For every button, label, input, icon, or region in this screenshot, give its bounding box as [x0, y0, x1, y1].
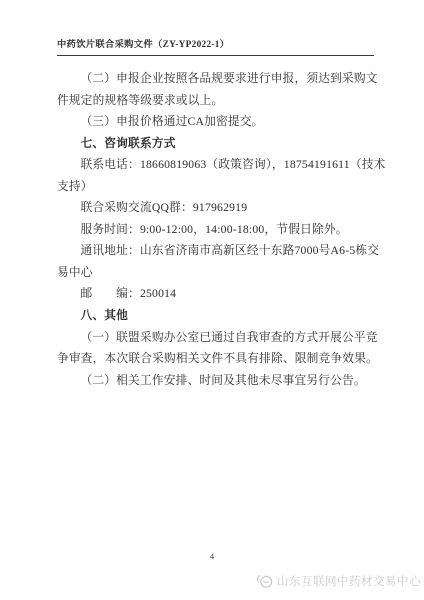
paragraph-line: （一）联盟采购办公室已通过自我审查的方式开展公平竞 [57, 327, 377, 349]
paragraph-line: 服务时间：9:00-12:00，14:00-18:00，节假日除外。 [57, 219, 377, 241]
paragraph-line: 支持） [57, 176, 377, 198]
paragraph-line: 件规定的规格等级要求或以上。 [57, 90, 377, 112]
paragraph-line: （三）申报价格通过CA加密提交。 [57, 111, 377, 133]
document-page: 中药饮片联合采购文件（ZY-YP2022-1） （二）申报企业按照各品规要求进行… [0, 0, 424, 600]
paragraph-line: （二）申报企业按照各品规要求进行申报，须达到采购文 [57, 68, 377, 90]
paragraph-line: （二）相关工作安排、时间及其他未尽事宜另行公告。 [57, 370, 377, 392]
page-number: 4 [0, 551, 424, 561]
paragraph-line: 联合采购交流QQ群：917962919 [57, 197, 377, 219]
watermark: 山东互联网中药材交易中心 [256, 573, 421, 589]
document-body: （二）申报企业按照各品规要求进行申报，须达到采购文 件规定的规格等级要求或以上。… [57, 68, 377, 391]
watermark-text: 山东互联网中药材交易中心 [277, 573, 421, 589]
paragraph-line: 易中心 [57, 262, 377, 284]
paragraph-line: 通讯地址：山东省济南市高新区经十东路7000号A6-5栋交 [57, 240, 377, 262]
document-header-title: 中药饮片联合采购文件（ZY-YP2022-1） [57, 36, 374, 50]
paragraph-line: 联系电话：18660819063（政策咨询），18754191611（技术 [57, 154, 377, 176]
logo-icon [256, 574, 273, 589]
section-heading: 八、其他 [57, 305, 377, 327]
paragraph-line: 争审查，本次联合采购相关文件不具有排除、限制竞争效果。 [57, 348, 377, 370]
page-header: 中药饮片联合采购文件（ZY-YP2022-1） [57, 36, 374, 56]
paragraph-line: 邮 编：250014 [57, 283, 377, 305]
section-heading: 七、咨询联系方式 [57, 133, 377, 155]
